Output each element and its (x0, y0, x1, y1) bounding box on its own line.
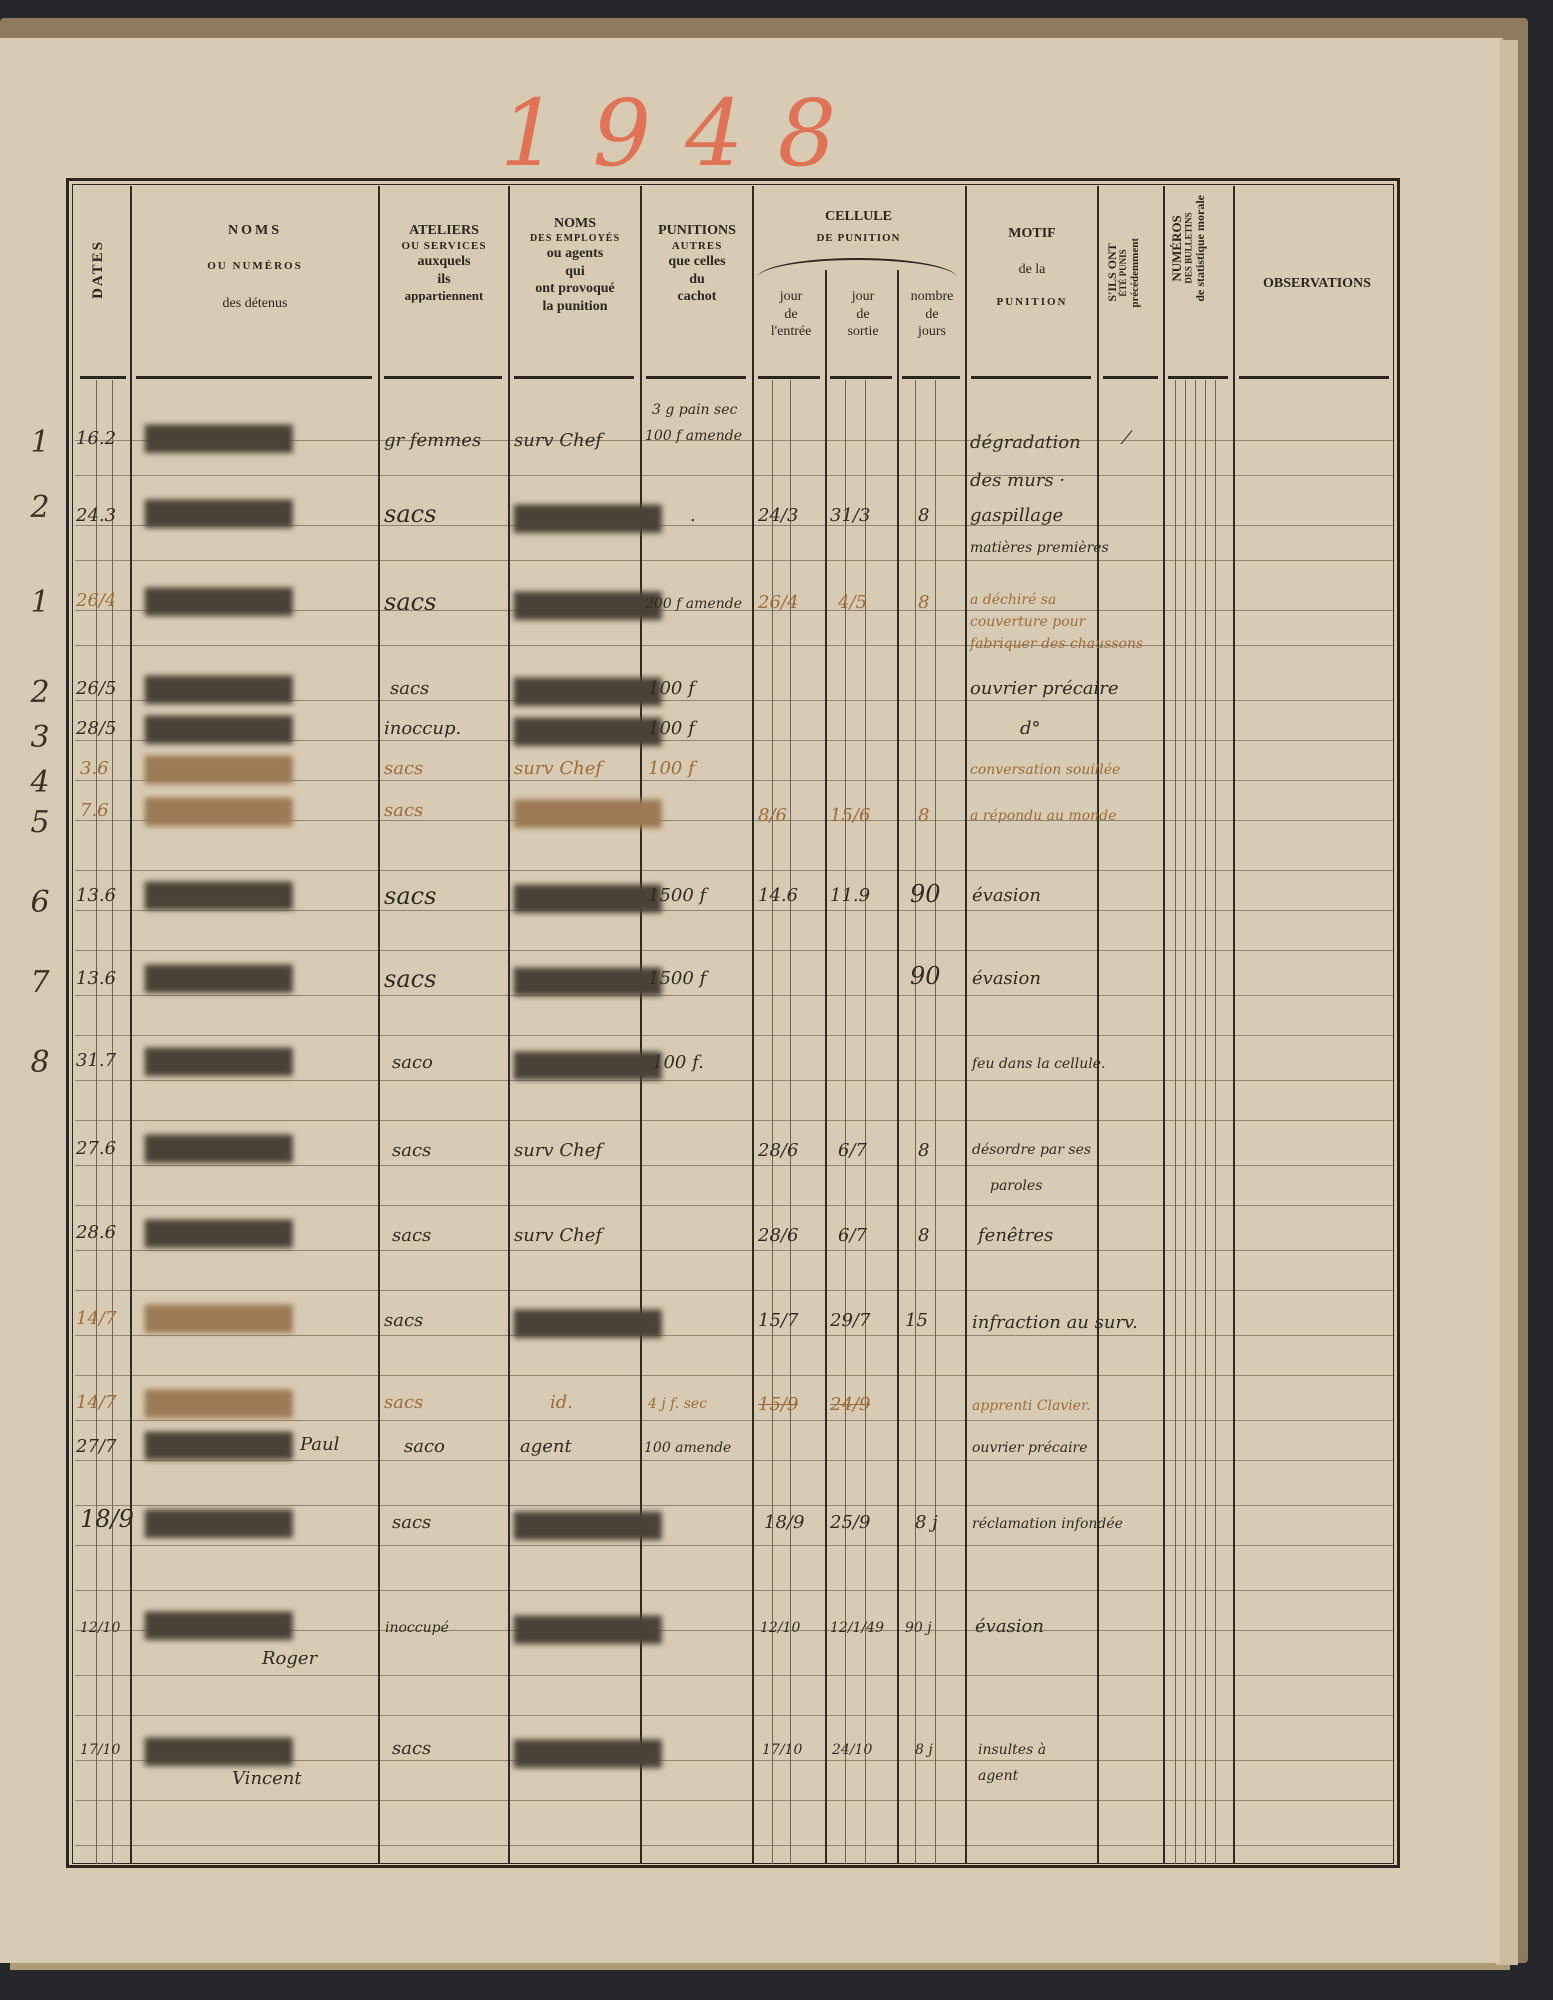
header-employes: NOMS DES EMPLOYÉS ou agents qui ont prov… (512, 215, 638, 315)
cell-motif: évasion (972, 885, 1041, 906)
cell-employe-redacted: ████████ (514, 1310, 662, 1338)
cell-jours: 90 (910, 880, 941, 908)
cell-date: 17/10 (80, 1742, 120, 1758)
cell-entree: 26/4 (758, 592, 798, 613)
cell-date: 3.6 (80, 758, 109, 779)
cell-date: 28/5 (76, 718, 116, 739)
cell-entree: 28/6 (758, 1225, 798, 1246)
cell-jours: 8 (918, 505, 929, 526)
cell-name-redacted: ████████ (145, 1432, 293, 1460)
cell-motif: d° (1020, 718, 1041, 739)
cell-motif: insultes à (978, 1742, 1046, 1758)
cell-motif: feu dans la cellule. (972, 1056, 1105, 1072)
cell-motif-2: agent (978, 1768, 1018, 1784)
cell-atelier: sacs (384, 500, 436, 528)
cell-atelier: sacs (384, 758, 423, 779)
cell-motif: a déchiré sa (970, 592, 1056, 608)
cell-motif: réclamation infondée (972, 1516, 1123, 1532)
cell-date: 13.6 (76, 885, 116, 906)
cell-name-redacted: ████████ (145, 500, 293, 528)
cell-jours: 90 j (905, 1620, 932, 1636)
cell-name-redacted: ████████ (145, 1135, 293, 1163)
margin-number: 3 (20, 720, 60, 755)
cell-sortie: 4/5 (838, 592, 867, 613)
cell-punition: 1500 f (648, 968, 706, 989)
header-sortie: jour de sortie (828, 288, 898, 341)
cell-atelier: sacs (392, 1225, 431, 1246)
cell-first-name: Vincent (232, 1768, 302, 1789)
cell-first-name: Roger (262, 1648, 317, 1669)
cell-employe-redacted: ████████ (514, 1512, 662, 1540)
cell-motif-2: paroles (990, 1178, 1042, 1194)
cell-jours: 8 (918, 1225, 929, 1246)
cell-name-redacted: ████████ (145, 425, 293, 453)
cell-motif-3: fabriquer des chaussons (970, 636, 1143, 652)
cell-atelier: sacs (384, 588, 436, 616)
cell-jours: 15 (905, 1310, 928, 1331)
cell-jours: 8 (918, 592, 929, 613)
cell-jours: 90 (910, 962, 941, 990)
margin-number: 1 (20, 585, 60, 620)
cell-sortie: 31/3 (830, 505, 870, 526)
cell-atelier: sacs (384, 882, 436, 910)
header-observations: OBSERVATIONS (1237, 275, 1397, 293)
cell-motif: gaspillage (970, 505, 1063, 526)
cell-punition: 100 f (648, 718, 695, 739)
cell-employe-redacted: ████████ (514, 592, 662, 620)
cell-date: 12/10 (80, 1620, 120, 1636)
cell-motif-2: couverture pour (970, 614, 1085, 630)
cell-entree: 8/6 (758, 805, 787, 826)
cell-motif: évasion (975, 1616, 1044, 1637)
cell-motif: conversation souillée (970, 762, 1120, 778)
header-ateliers: ATELIERS OU SERVICES auxquels ils appart… (382, 222, 506, 305)
cell-employe: agent (520, 1436, 572, 1457)
cell-punis: ⁄ (1125, 428, 1128, 449)
cell-atelier: sacs (390, 678, 429, 699)
margin-number: 8 (20, 1045, 60, 1080)
cell-punition: 100 f (648, 678, 695, 699)
cell-name-redacted: ████████ (145, 588, 293, 616)
cell-date: 14/7 (76, 1392, 116, 1413)
cell-atelier: saco (392, 1052, 433, 1073)
margin-number: 1 (20, 425, 60, 460)
cell-name-redacted: ████████ (145, 1048, 293, 1076)
cell-entree: 24/3 (758, 505, 798, 526)
cell-name-redacted: ████████ (145, 882, 293, 910)
cell-punition: 100 amende (644, 1440, 731, 1456)
cell-employe-redacted: ████████ (514, 1740, 662, 1768)
margin-number: 4 (20, 765, 60, 800)
cell-name-redacted: ████████ (145, 1305, 293, 1333)
cell-name-redacted: ████████ (145, 1510, 293, 1538)
header-bulletins: NUMÉROS DES BULLETINS de statistique mor… (1170, 195, 1224, 302)
cell-motif: a répondu au monde (970, 808, 1116, 824)
cell-name-redacted: ████████ (145, 965, 293, 993)
cell-motif: dégradation (970, 432, 1081, 453)
cell-atelier: sacs (392, 1140, 431, 1161)
cell-date: 26/5 (76, 678, 116, 699)
cell-motif: apprenti Clavier. (972, 1398, 1091, 1414)
cell-punition: 3 g pain sec (652, 402, 737, 418)
cell-atelier: sacs (384, 1310, 423, 1331)
cell-atelier: saco (404, 1436, 445, 1457)
cell-motif: ouvrier précaire (970, 678, 1119, 699)
cell-date: 28.6 (76, 1222, 116, 1243)
cell-atelier: inoccupé (385, 1620, 449, 1636)
cell-employe-redacted: ████████ (514, 1616, 662, 1644)
cell-motif-2: matières premières (970, 540, 1109, 556)
cell-sortie: 12/1/49 (830, 1620, 884, 1636)
cell-employe: id. (550, 1392, 573, 1413)
margin-number: 7 (20, 965, 60, 1000)
cell-atelier: sacs (384, 800, 423, 821)
margin-number: 6 (20, 885, 60, 920)
cell-employe: surv Chef (514, 430, 602, 451)
header-nombre: nombre de jours (898, 288, 966, 341)
cell-date: 7.6 (80, 800, 109, 821)
cell-motif: désordre par ses (972, 1142, 1091, 1158)
cell-entree: 17/10 (762, 1742, 802, 1758)
cell-date: 14/7 (76, 1308, 116, 1329)
cell-name-redacted: ████████ (145, 716, 293, 744)
cell-employe-redacted: ████████ (514, 968, 662, 996)
cell-sortie: 11.9 (830, 885, 870, 906)
cell-atelier: sacs (384, 965, 436, 993)
cell-employe: surv Chef (514, 1140, 602, 1161)
cell-name-redacted: ████████ (145, 1612, 293, 1640)
cell-date: 26/4 (76, 590, 116, 611)
cell-punition: 1500 f (648, 885, 706, 906)
cell-name-redacted: ████████ (145, 1390, 293, 1418)
header-punitions: PUNITIONS AUTRES que celles du cachot (644, 222, 750, 306)
cell-name-redacted: ████████ (145, 1738, 293, 1766)
cell-sortie: 24/10 (832, 1742, 872, 1758)
cell-date: 24.3 (76, 505, 116, 526)
margin-number: 2 (20, 675, 60, 710)
cell-punition: 100 f. (652, 1052, 704, 1073)
cell-sortie-struck: 24/9 (830, 1394, 870, 1415)
cell-entree: 14.6 (758, 885, 798, 906)
header-dates: DATES (90, 240, 107, 299)
cell-atelier: gr femmes (384, 430, 481, 451)
cell-date: 27.6 (76, 1138, 116, 1159)
cell-date: 16.2 (76, 428, 116, 449)
margin-number: 2 (20, 490, 60, 525)
cell-employe-redacted: ████████ (514, 718, 662, 746)
cell-sortie: 15/6 (830, 805, 870, 826)
cell-punition-2: 100 f amende (645, 428, 742, 444)
cell-employe: surv Chef (514, 758, 602, 779)
cell-punition: 100 f (648, 758, 695, 779)
cell-employe: surv Chef (514, 1225, 602, 1246)
cell-date: 31.7 (76, 1050, 116, 1071)
cell-entree: 28/6 (758, 1140, 798, 1161)
cell-date: 13.6 (76, 968, 116, 989)
cell-date: 27/7 (76, 1436, 116, 1457)
header-punis: S'ILS ONT ÉTÉ PUNIS précédemment (1106, 238, 1154, 308)
cell-punition: . (690, 505, 696, 526)
cell-entree: 15/7 (758, 1310, 798, 1331)
cell-atelier: inoccup. (384, 718, 461, 739)
cell-atelier: sacs (392, 1738, 431, 1759)
cell-atelier: sacs (392, 1512, 431, 1533)
cell-employe-redacted: ████████ (514, 678, 662, 706)
header-noms: NOMS OU NUMÉROS des détenus (135, 222, 375, 313)
cell-punition: 200 f amende (645, 596, 742, 612)
cell-entree: 12/10 (760, 1620, 800, 1636)
cell-motif-2: des murs · (970, 470, 1065, 491)
cell-motif: fenêtres (978, 1225, 1053, 1246)
cell-name-redacted: ████████ (145, 676, 293, 704)
cell-punition: 4 j f. sec (648, 1396, 707, 1412)
cell-sortie: 6/7 (838, 1225, 867, 1246)
cell-motif: évasion (972, 968, 1041, 989)
cell-sortie: 6/7 (838, 1140, 867, 1161)
cell-employe-redacted: ████████ (514, 885, 662, 913)
year-heading: 1948 (500, 80, 870, 187)
cell-entree: 18/9 (764, 1512, 804, 1533)
cell-sortie: 25/9 (830, 1512, 870, 1533)
cell-employe-redacted: ████████ (514, 505, 662, 533)
cell-name-tail: Paul (300, 1434, 339, 1455)
cell-employe-redacted: ████████ (514, 800, 662, 828)
cell-employe-redacted: ████████ (514, 1052, 662, 1080)
cell-jours: 8 (918, 805, 929, 826)
cell-date: 18/9 (80, 1505, 134, 1533)
cell-name-redacted: ████████ (145, 1220, 293, 1248)
cell-name-redacted: ████████ (145, 756, 293, 784)
cell-atelier: sacs (384, 1392, 423, 1413)
cell-motif: infraction au surv. (972, 1312, 1138, 1333)
header-cellule: CELLULE DE PUNITION (756, 208, 961, 245)
cell-name-redacted: ████████ (145, 798, 293, 826)
cell-jours: 8 j (915, 1512, 938, 1533)
cell-jours: 8 (918, 1140, 929, 1161)
cell-motif: ouvrier précaire (972, 1440, 1088, 1456)
header-entree: jour de l'entrée (756, 288, 826, 341)
header-motif: MOTIF de la PUNITION (968, 225, 1096, 310)
margin-number: 5 (20, 805, 60, 840)
cell-sortie: 29/7 (830, 1310, 870, 1331)
cell-entree-struck: 15/9 (758, 1394, 798, 1415)
cell-jours: 8 j (915, 1742, 933, 1758)
